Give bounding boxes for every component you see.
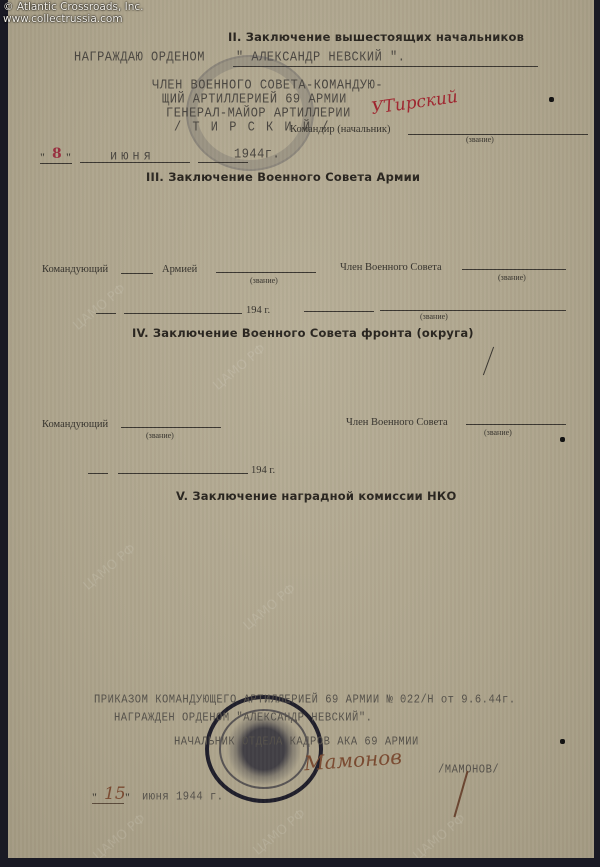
order-date-rest: июня 1944 г. bbox=[142, 790, 224, 804]
front-council-member-label: Член Военного Совета bbox=[346, 417, 448, 428]
front-commander-rank-line bbox=[121, 427, 221, 428]
archive-watermark: ЦАМО РФ bbox=[71, 281, 129, 333]
commander-rank-caption: (звание) bbox=[466, 135, 494, 144]
army-date-sign-line-2 bbox=[380, 310, 566, 311]
commander-rank-line bbox=[408, 134, 588, 135]
archive-watermark: ЦАМО РФ bbox=[241, 581, 299, 633]
archive-watermark: ЦАМО РФ bbox=[251, 806, 309, 858]
archive-watermark: ЦАМО РФ bbox=[81, 541, 139, 593]
front-date-year: 194 г. bbox=[251, 465, 275, 476]
army-label: Армией bbox=[162, 264, 197, 275]
army-date-day-line bbox=[96, 313, 116, 314]
army-council-member-label: Член Военного Совета bbox=[340, 262, 442, 273]
front-commander-rank-caption: (звание) bbox=[146, 431, 174, 440]
punch-mark bbox=[560, 437, 565, 442]
army-date-sign-line-1 bbox=[304, 311, 374, 312]
army-date-month-line bbox=[124, 313, 242, 314]
date-day: 8 bbox=[52, 146, 62, 162]
army-council-rank-caption: (звание) bbox=[498, 273, 526, 282]
punch-mark bbox=[560, 739, 565, 744]
order-date-day: 15 bbox=[104, 784, 126, 804]
pencil-stroke bbox=[453, 771, 468, 818]
date-year-underline bbox=[198, 162, 248, 163]
copyright-line-1: © Atlantic Crossroads, Inc. bbox=[3, 1, 144, 13]
section-4-heading: IV. Заключение Военного Совета фронта (о… bbox=[132, 326, 474, 340]
award-prefix: НАГРАЖДАЮ ОРДЕНОМ bbox=[74, 49, 205, 65]
order-line-2: НАГРАЖДЕН ОРДЕНОМ "АЛЕКСАНДР НЕВСКИЙ". bbox=[114, 711, 372, 725]
award-sheet-page: ЦАМО РФ ЦАМО РФ ЦАМО РФ ЦАМО РФ ЦАМО РФ … bbox=[8, 0, 594, 858]
army-commander-rank-caption: (звание) bbox=[250, 276, 278, 285]
front-council-rank-line bbox=[466, 424, 566, 425]
front-commander-label: Командующий bbox=[42, 419, 108, 430]
section-3-heading: III. Заключение Военного Совета Армии bbox=[146, 170, 420, 184]
army-date-rank-caption: (звание) bbox=[420, 312, 448, 321]
order-line-1: ПРИКАЗОМ КОМАНДУЮЩЕГО АРТИЛЛЕРИЕЙ 69 АРМ… bbox=[94, 693, 516, 707]
copyright-watermark: © Atlantic Crossroads, Inc. www.collectr… bbox=[3, 1, 144, 25]
copyright-url: www.collectrussia.com bbox=[3, 13, 123, 25]
order-signer-name: /МАМОНОВ/ bbox=[438, 763, 499, 777]
archive-watermark: ЦАМО РФ bbox=[91, 811, 149, 858]
section-5-heading: V. Заключение наградной комиссии НКО bbox=[176, 489, 456, 503]
archive-watermark: ЦАМО РФ bbox=[411, 811, 469, 858]
commander-label: Командир (начальник) bbox=[290, 124, 390, 135]
archive-watermark: ЦАМО РФ bbox=[211, 341, 269, 393]
army-number-line bbox=[121, 273, 153, 274]
order-date-close-quote: " bbox=[125, 790, 130, 805]
order-date-underline bbox=[92, 803, 124, 804]
date-year: 1944г. bbox=[234, 146, 280, 162]
front-council-rank-caption: (звание) bbox=[484, 428, 512, 437]
punch-mark bbox=[549, 97, 554, 102]
date-day-underline bbox=[40, 163, 72, 164]
army-commander-label: Командующий bbox=[42, 264, 108, 275]
pencil-mark bbox=[483, 347, 494, 376]
front-date-day-line bbox=[88, 473, 108, 474]
date-month-underline bbox=[80, 162, 190, 163]
army-council-rank-line bbox=[462, 269, 566, 270]
army-commander-rank-line bbox=[216, 272, 316, 273]
army-date-year: 194 г. bbox=[246, 305, 270, 316]
signature-tirsky: УТирский bbox=[370, 87, 459, 119]
front-date-month-line bbox=[118, 473, 248, 474]
section-2-heading: II. Заключение вышестоящих начальников bbox=[228, 30, 524, 44]
